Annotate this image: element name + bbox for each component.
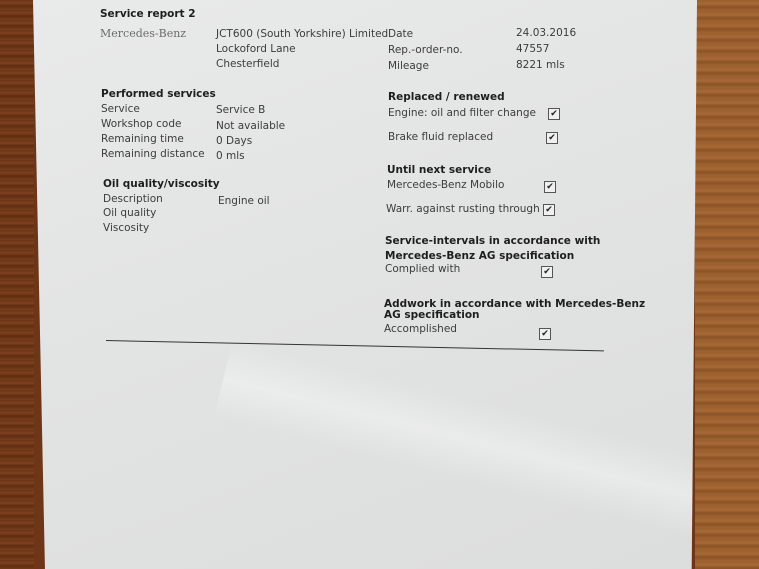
dealer-name: JCT600 (South Yorkshire) Limited xyxy=(216,28,388,40)
mobilo-label: Mercedes-Benz Mobilo xyxy=(387,179,504,191)
oil-filter-change-checkbox[interactable]: ✔ xyxy=(548,108,560,120)
service-report-page xyxy=(33,0,697,569)
next-service-heading: Until next service xyxy=(387,164,491,176)
workshop-code-value: Not available xyxy=(216,120,285,132)
workshop-code-label: Workshop code xyxy=(101,118,181,130)
wooden-table-left xyxy=(0,0,34,569)
brand-name: Mercedes-Benz xyxy=(100,27,186,40)
oil-filter-change-label: Engine: oil and filter change xyxy=(388,107,536,119)
intervals-heading-line2: Mercedes-Benz AG specification xyxy=(385,250,574,262)
performed-services-heading: Performed services xyxy=(101,88,216,100)
oil-description-value: Engine oil xyxy=(218,195,270,207)
accomplished-checkbox[interactable]: ✔ xyxy=(539,328,551,340)
dealer-city: Chesterfield xyxy=(216,58,279,70)
rust-warranty-label: Warr. against rusting through xyxy=(386,203,540,215)
service-value: Service B xyxy=(216,104,265,116)
report-title: Service report 2 xyxy=(100,8,196,20)
date-label: Date xyxy=(388,28,413,40)
oil-heading: Oil quality/viscosity xyxy=(103,178,220,190)
brake-fluid-label: Brake fluid replaced xyxy=(388,131,493,143)
rust-warranty-checkbox[interactable]: ✔ xyxy=(543,204,555,216)
addwork-heading-line2: AG specification xyxy=(384,309,480,321)
order-no-value: 47557 xyxy=(516,43,549,55)
service-label: Service xyxy=(101,103,140,115)
accomplished-label: Accomplished xyxy=(384,323,457,335)
oil-description-label: Description xyxy=(103,193,163,205)
replaced-heading: Replaced / renewed xyxy=(388,91,505,103)
light-glare xyxy=(214,340,719,539)
wooden-table-right xyxy=(695,0,759,569)
intervals-heading-line1: Service-intervals in accordance with xyxy=(385,235,600,247)
remaining-time-value: 0 Days xyxy=(216,135,252,147)
viscosity-label: Viscosity xyxy=(103,222,149,234)
dealer-street: Lockoford Lane xyxy=(216,43,296,55)
remaining-distance-value: 0 mls xyxy=(216,150,245,162)
order-no-label: Rep.-order-no. xyxy=(388,44,463,56)
remaining-distance-label: Remaining distance xyxy=(101,148,205,160)
complied-with-checkbox[interactable]: ✔ xyxy=(541,266,553,278)
date-value: 24.03.2016 xyxy=(516,27,576,39)
mobilo-checkbox[interactable]: ✔ xyxy=(544,181,556,193)
complied-with-label: Complied with xyxy=(385,263,460,275)
mileage-value: 8221 mls xyxy=(516,59,565,71)
oil-quality-label: Oil quality xyxy=(103,207,156,219)
mileage-label: Mileage xyxy=(388,60,429,72)
remaining-time-label: Remaining time xyxy=(101,133,184,145)
brake-fluid-checkbox[interactable]: ✔ xyxy=(546,132,558,144)
